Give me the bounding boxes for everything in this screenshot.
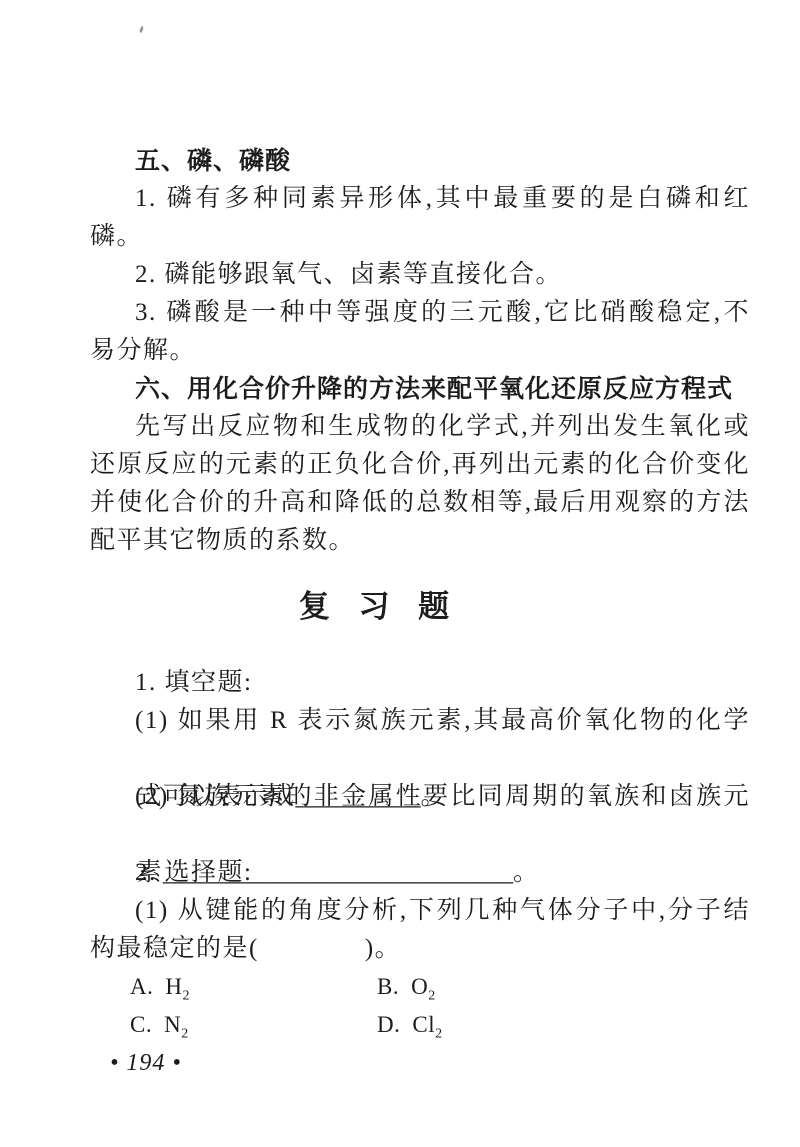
question-line: 素____________________________。 — [90, 816, 750, 854]
formula-base: H — [165, 974, 182, 999]
formula-base: O — [411, 974, 428, 999]
formula-base: Cl — [412, 1012, 435, 1037]
review-title: 复 习 题 — [90, 586, 750, 628]
option-label: C. — [130, 1012, 152, 1037]
body-line: 易分解。 — [90, 332, 750, 370]
option-a: A.H2 — [130, 968, 377, 1006]
option-c: C.N2 — [130, 1006, 377, 1044]
body-line: 2. 磷能够跟氧气、卤素等直接化合。 — [90, 256, 750, 294]
body-line: 磷。 — [90, 218, 750, 256]
question-line: (1) 从键能的角度分析,下列几种气体分子中,分子结 — [90, 892, 750, 930]
page-content: 五、磷、磷酸 1. 磷有多种同素异形体,其中最重要的是白磷和红 磷。 2. 磷能… — [90, 142, 750, 1082]
question-line: 式可以表示成__________。 — [90, 740, 750, 778]
textbook-page: 五、磷、磷酸 1. 磷有多种同素异形体,其中最重要的是白磷和红 磷。 2. 磷能… — [0, 0, 800, 1147]
scan-speck — [139, 26, 144, 34]
question-line: (1) 如果用 R 表示氮族元素,其最高价氧化物的化学 — [90, 702, 750, 740]
chemical-formula: N2 — [164, 1012, 189, 1037]
option-label: A. — [130, 974, 153, 999]
section-heading-phosphorus: 五、磷、磷酸 — [90, 142, 750, 180]
body-line: 配平其它物质的系数。 — [90, 522, 750, 560]
option-d: D.Cl2 — [377, 1006, 443, 1044]
option-b: B.O2 — [377, 968, 436, 1006]
option-label: D. — [377, 1012, 400, 1037]
section-heading-balancing: 六、用化合价升降的方法来配平氧化还原反应方程式 — [90, 370, 750, 408]
question-line: 构最稳定的是( )。 — [90, 930, 750, 968]
body-line: 1. 磷有多种同素异形体,其中最重要的是白磷和红 — [90, 180, 750, 218]
chemical-formula: H2 — [165, 974, 190, 999]
options-row: C.N2 D.Cl2 — [90, 1006, 750, 1044]
question-line: (2) 氮族元素的非金属性要比同周期的氧族和卤族元 — [90, 778, 750, 816]
formula-subscript: 2 — [435, 1027, 443, 1042]
body-line: 先写出反应物和生成物的化学式,并列出发生氧化或 — [90, 408, 750, 446]
option-label: B. — [377, 974, 399, 999]
chemical-formula: O2 — [411, 974, 436, 999]
page-number: • 194 • — [90, 1044, 750, 1082]
formula-base: N — [164, 1012, 181, 1037]
formula-subscript: 2 — [183, 989, 191, 1004]
chemical-formula: Cl2 — [412, 1012, 442, 1037]
body-line: 还原反应的元素的正负化合价,再列出元素的化合价变化 — [90, 446, 750, 484]
body-line: 并使化合价的升高和降低的总数相等,最后用观察的方法 — [90, 484, 750, 522]
fill-in-heading: 1. 填空题: — [90, 664, 750, 702]
formula-subscript: 2 — [181, 1027, 189, 1042]
question-text: 。 — [513, 859, 540, 886]
formula-subscript: 2 — [428, 989, 436, 1004]
options-row: A.H2 B.O2 — [90, 968, 750, 1006]
body-line: 3. 磷酸是一种中等强度的三元酸,它比硝酸稳定,不 — [90, 294, 750, 332]
